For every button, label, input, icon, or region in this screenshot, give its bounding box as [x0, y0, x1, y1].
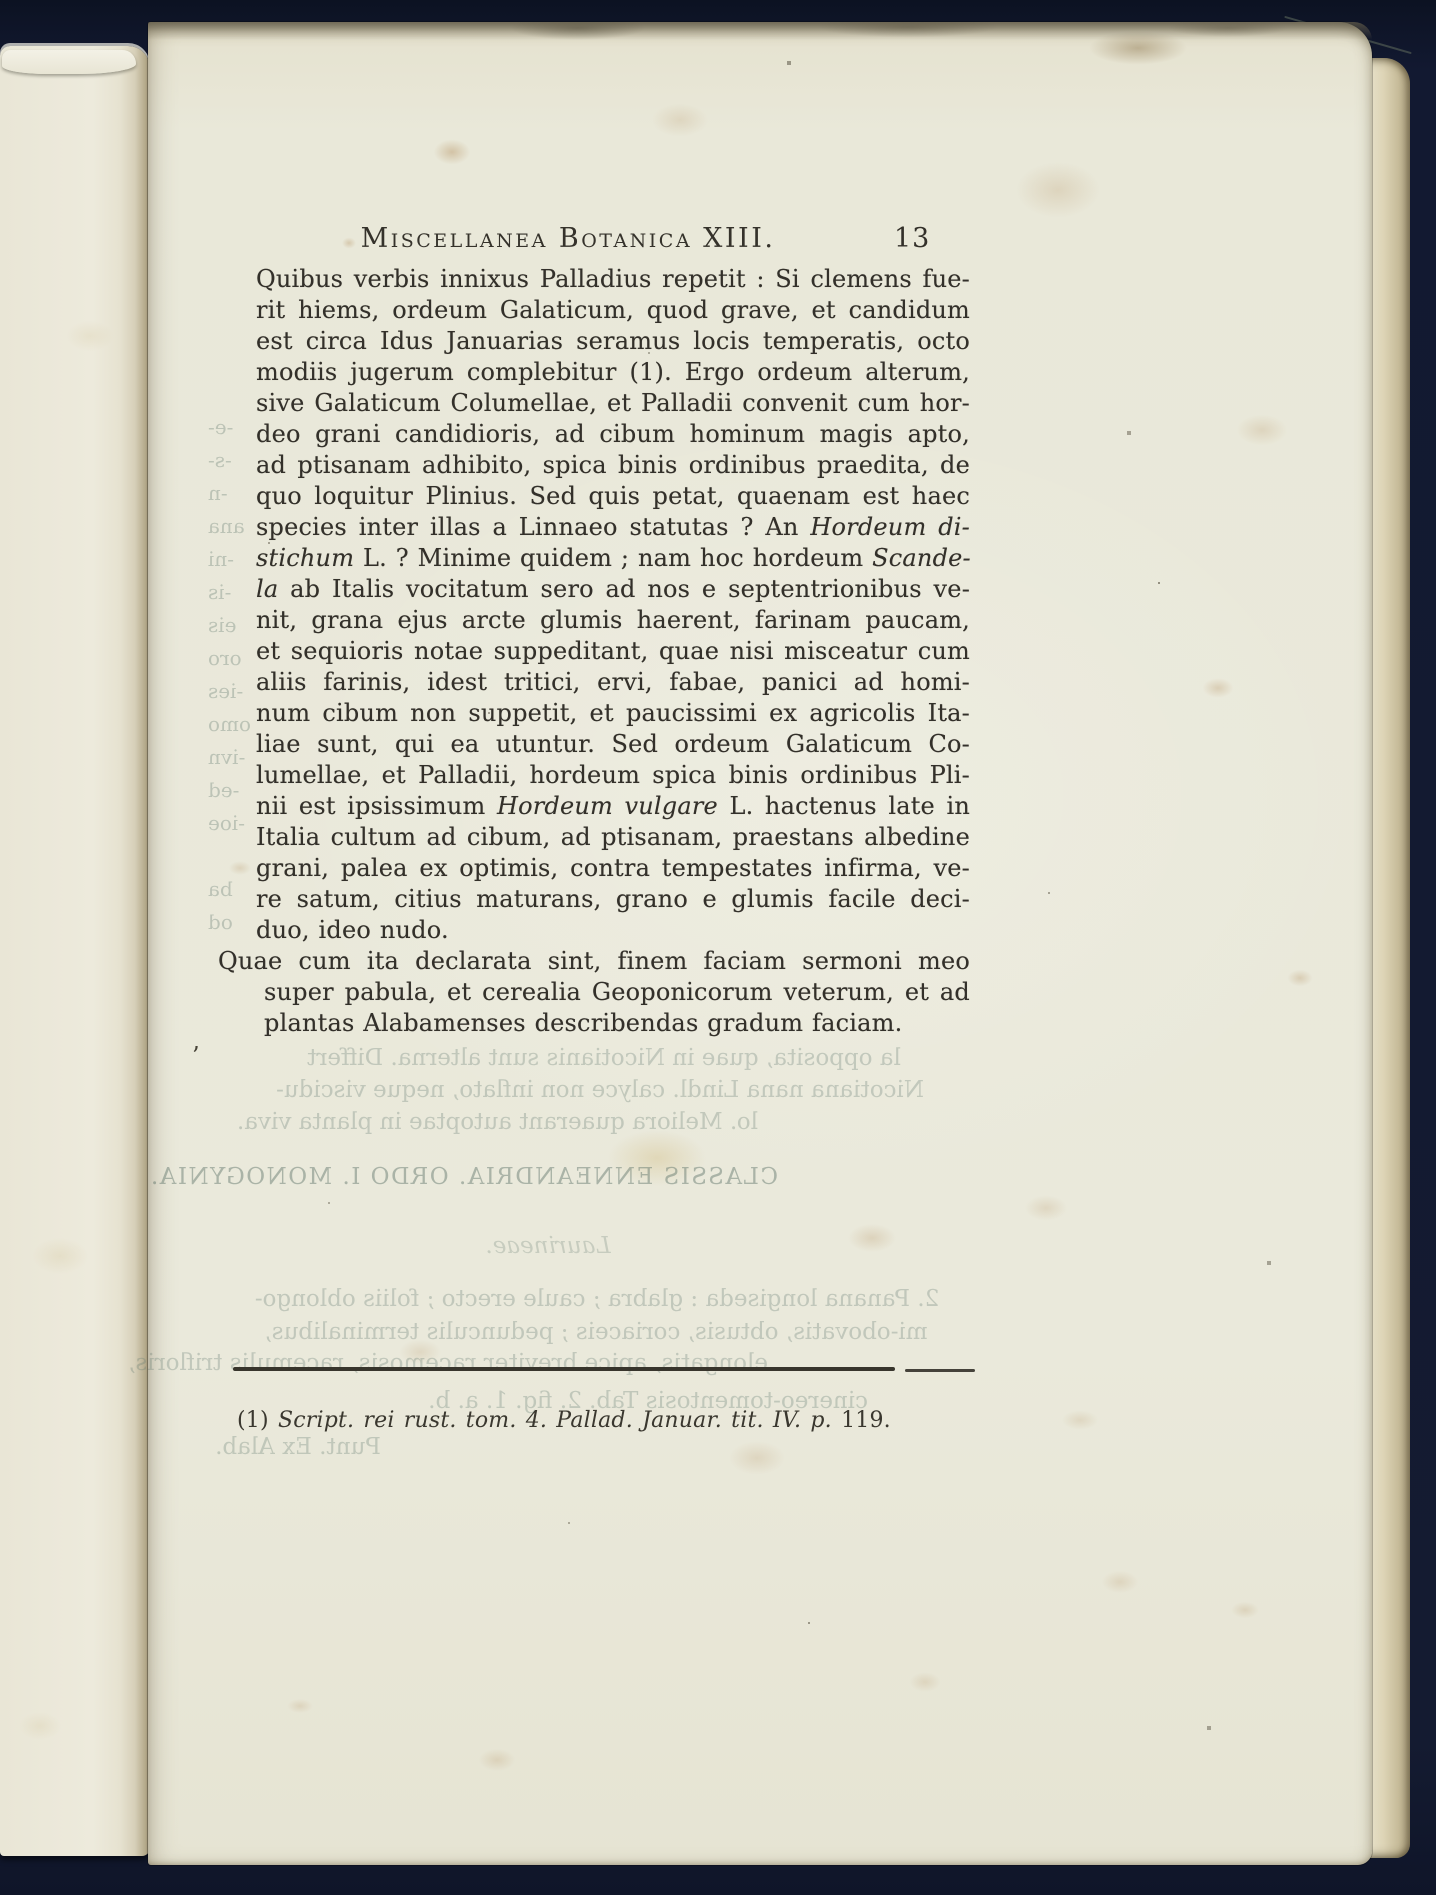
paragraph-2: Quae cum ita declarata sint, finem facia…	[256, 946, 970, 1039]
body-line: ad ptisanam adhibito, spica binis ordini…	[256, 450, 970, 481]
body-line: la ab Italis vocitatum sero ad nos e sep…	[256, 574, 970, 605]
footnote-page-ref: 119.	[841, 1408, 891, 1433]
bleedthrough-line: lo. Meliora quaerant autoptae in planta …	[378, 1109, 758, 1135]
footnote-citation: Script. rei rust. tom. 4. Pallad. Januar…	[278, 1408, 832, 1433]
body-line: sive Galaticum Columellae, et Palladii c…	[256, 388, 970, 419]
body-line: Quibus verbis innixus Palladius repetit …	[256, 264, 970, 295]
page-header: Miscellanea Botanica XIII. 13	[256, 222, 970, 256]
ghost-mark: oro	[208, 646, 252, 670]
ghost-mark: ba	[208, 877, 252, 901]
bleedthrough-line: elongatis, apice breviter racemosis, rac…	[248, 1350, 768, 1376]
body-line: duo, ideo nudo.	[256, 915, 970, 946]
book-photo: -e- -s- -n ana -ni -is eis oro -ies omo …	[0, 0, 1436, 1895]
body-line: stichum L. ? Minime quidem ; nam hoc hor…	[256, 543, 970, 574]
footnote: (1) Script. rei rust. tom. 4. Pallad. Ja…	[237, 1408, 974, 1433]
ghost-mark: ana	[208, 514, 252, 538]
ghost-mark: -ies	[208, 679, 252, 703]
bleedthrough-line: mi-obovatis, obtusis, coriaceis ; pedunc…	[243, 1319, 949, 1345]
body-line: modiis jugerum complebitur (1). Ergo ord…	[256, 357, 970, 388]
ghost-mark: -ivn	[208, 745, 252, 769]
italic-phrase: la	[256, 575, 278, 603]
book-page: -e- -s- -n ana -ni -is eis oro -ies omo …	[148, 22, 1372, 1865]
body-line: et sequioris notae suppeditant, quae nis…	[256, 636, 970, 667]
ghost-mark: -e-	[208, 415, 252, 439]
body-line: nii est ipsissimum Hordeum vulgare L. ha…	[256, 791, 970, 822]
body-line: quo loquitur Plinius. Sed quis petat, qu…	[256, 481, 970, 512]
italic-phrase: Hordeum di-	[810, 513, 970, 541]
ghost-mark: -ed	[208, 778, 252, 802]
previous-page-edge	[0, 46, 150, 1856]
body-line: super pabula, et cerealia Geoponicorum v…	[256, 977, 970, 1008]
ghost-mark: -n	[208, 481, 252, 505]
body-line: plantas Alabamenses describendas gradum …	[256, 1008, 970, 1039]
italic-phrase: Hordeum vulgare	[497, 792, 718, 820]
footnote-marker: (1)	[237, 1408, 269, 1433]
footnote-rule	[233, 1367, 895, 1371]
body-line: Italia cultum ad cibum, ad ptisanam, pra…	[256, 822, 970, 853]
body-line: nit, grana ejus arcte glumis haerent, fa…	[256, 605, 970, 636]
body-line: num cibum non suppetit, et paucissimi ex…	[256, 698, 970, 729]
bleedthrough-heading: CLASSIS ENNEANDRIA. ORDO I. MONOGYNIA.	[268, 1164, 778, 1190]
body-line: est circa Idus Januarias seramus locis t…	[256, 326, 970, 357]
bleedthrough-line: Punt. Ex Alab.	[168, 1434, 428, 1460]
body-line: re satum, citius maturans, grano e glumi…	[256, 884, 970, 915]
body-line: grani, palea ex optimis, contra tempesta…	[256, 853, 970, 884]
ink-blemish: ’	[192, 1042, 200, 1070]
ghost-mark: -s-	[208, 448, 252, 472]
ghost-mark: od	[208, 910, 252, 934]
ghost-mark: -is	[208, 580, 252, 604]
italic-phrase: stichum	[256, 544, 354, 572]
running-title: Miscellanea Botanica XIII.	[256, 222, 880, 256]
bleedthrough-line: Nicotiana nana Lindl. calyce non inflato…	[235, 1077, 965, 1103]
body-line: rit hiems, ordeum Galaticum, quod grave,…	[256, 295, 970, 326]
ghost-mark: omo	[208, 712, 252, 736]
italic-phrase: Scande-	[872, 544, 971, 572]
ghost-mark: eis	[208, 613, 252, 637]
paragraph-1: Quibus verbis innixus Palladius repetit …	[256, 264, 970, 946]
body-line: liae sunt, qui ea utuntur. Sed ordeum Ga…	[256, 729, 970, 760]
body-line: species inter illas a Linnaeo statutas ?…	[256, 512, 970, 543]
page-number: 13	[894, 222, 930, 256]
bleedthrough-subheading: Laurineae.	[468, 1233, 628, 1259]
bleedthrough-line: 2. Panana longiseda : glabra ; caule ere…	[219, 1286, 975, 1312]
bleedthrough-line: la opposita, quae in Nicotianis sunt alt…	[243, 1045, 965, 1071]
body-line: Quae cum ita declarata sint, finem facia…	[218, 946, 970, 977]
ghost-mark: -ni	[208, 547, 252, 571]
paper-specks	[148, 22, 150, 24]
ghost-mark: -ioe	[208, 811, 252, 835]
text-block: Miscellanea Botanica XIII. 13 Quibus ver…	[256, 222, 970, 1039]
body-line: aliis farinis, idest tritici, ervi, faba…	[256, 667, 970, 698]
body-line: deo grani candidioris, ad cibum hominum …	[256, 419, 970, 450]
footnote-rule-segment	[905, 1369, 975, 1372]
body-line: lumellae, et Palladii, hordeum spica bin…	[256, 760, 970, 791]
page-top-grime	[148, 22, 1372, 40]
